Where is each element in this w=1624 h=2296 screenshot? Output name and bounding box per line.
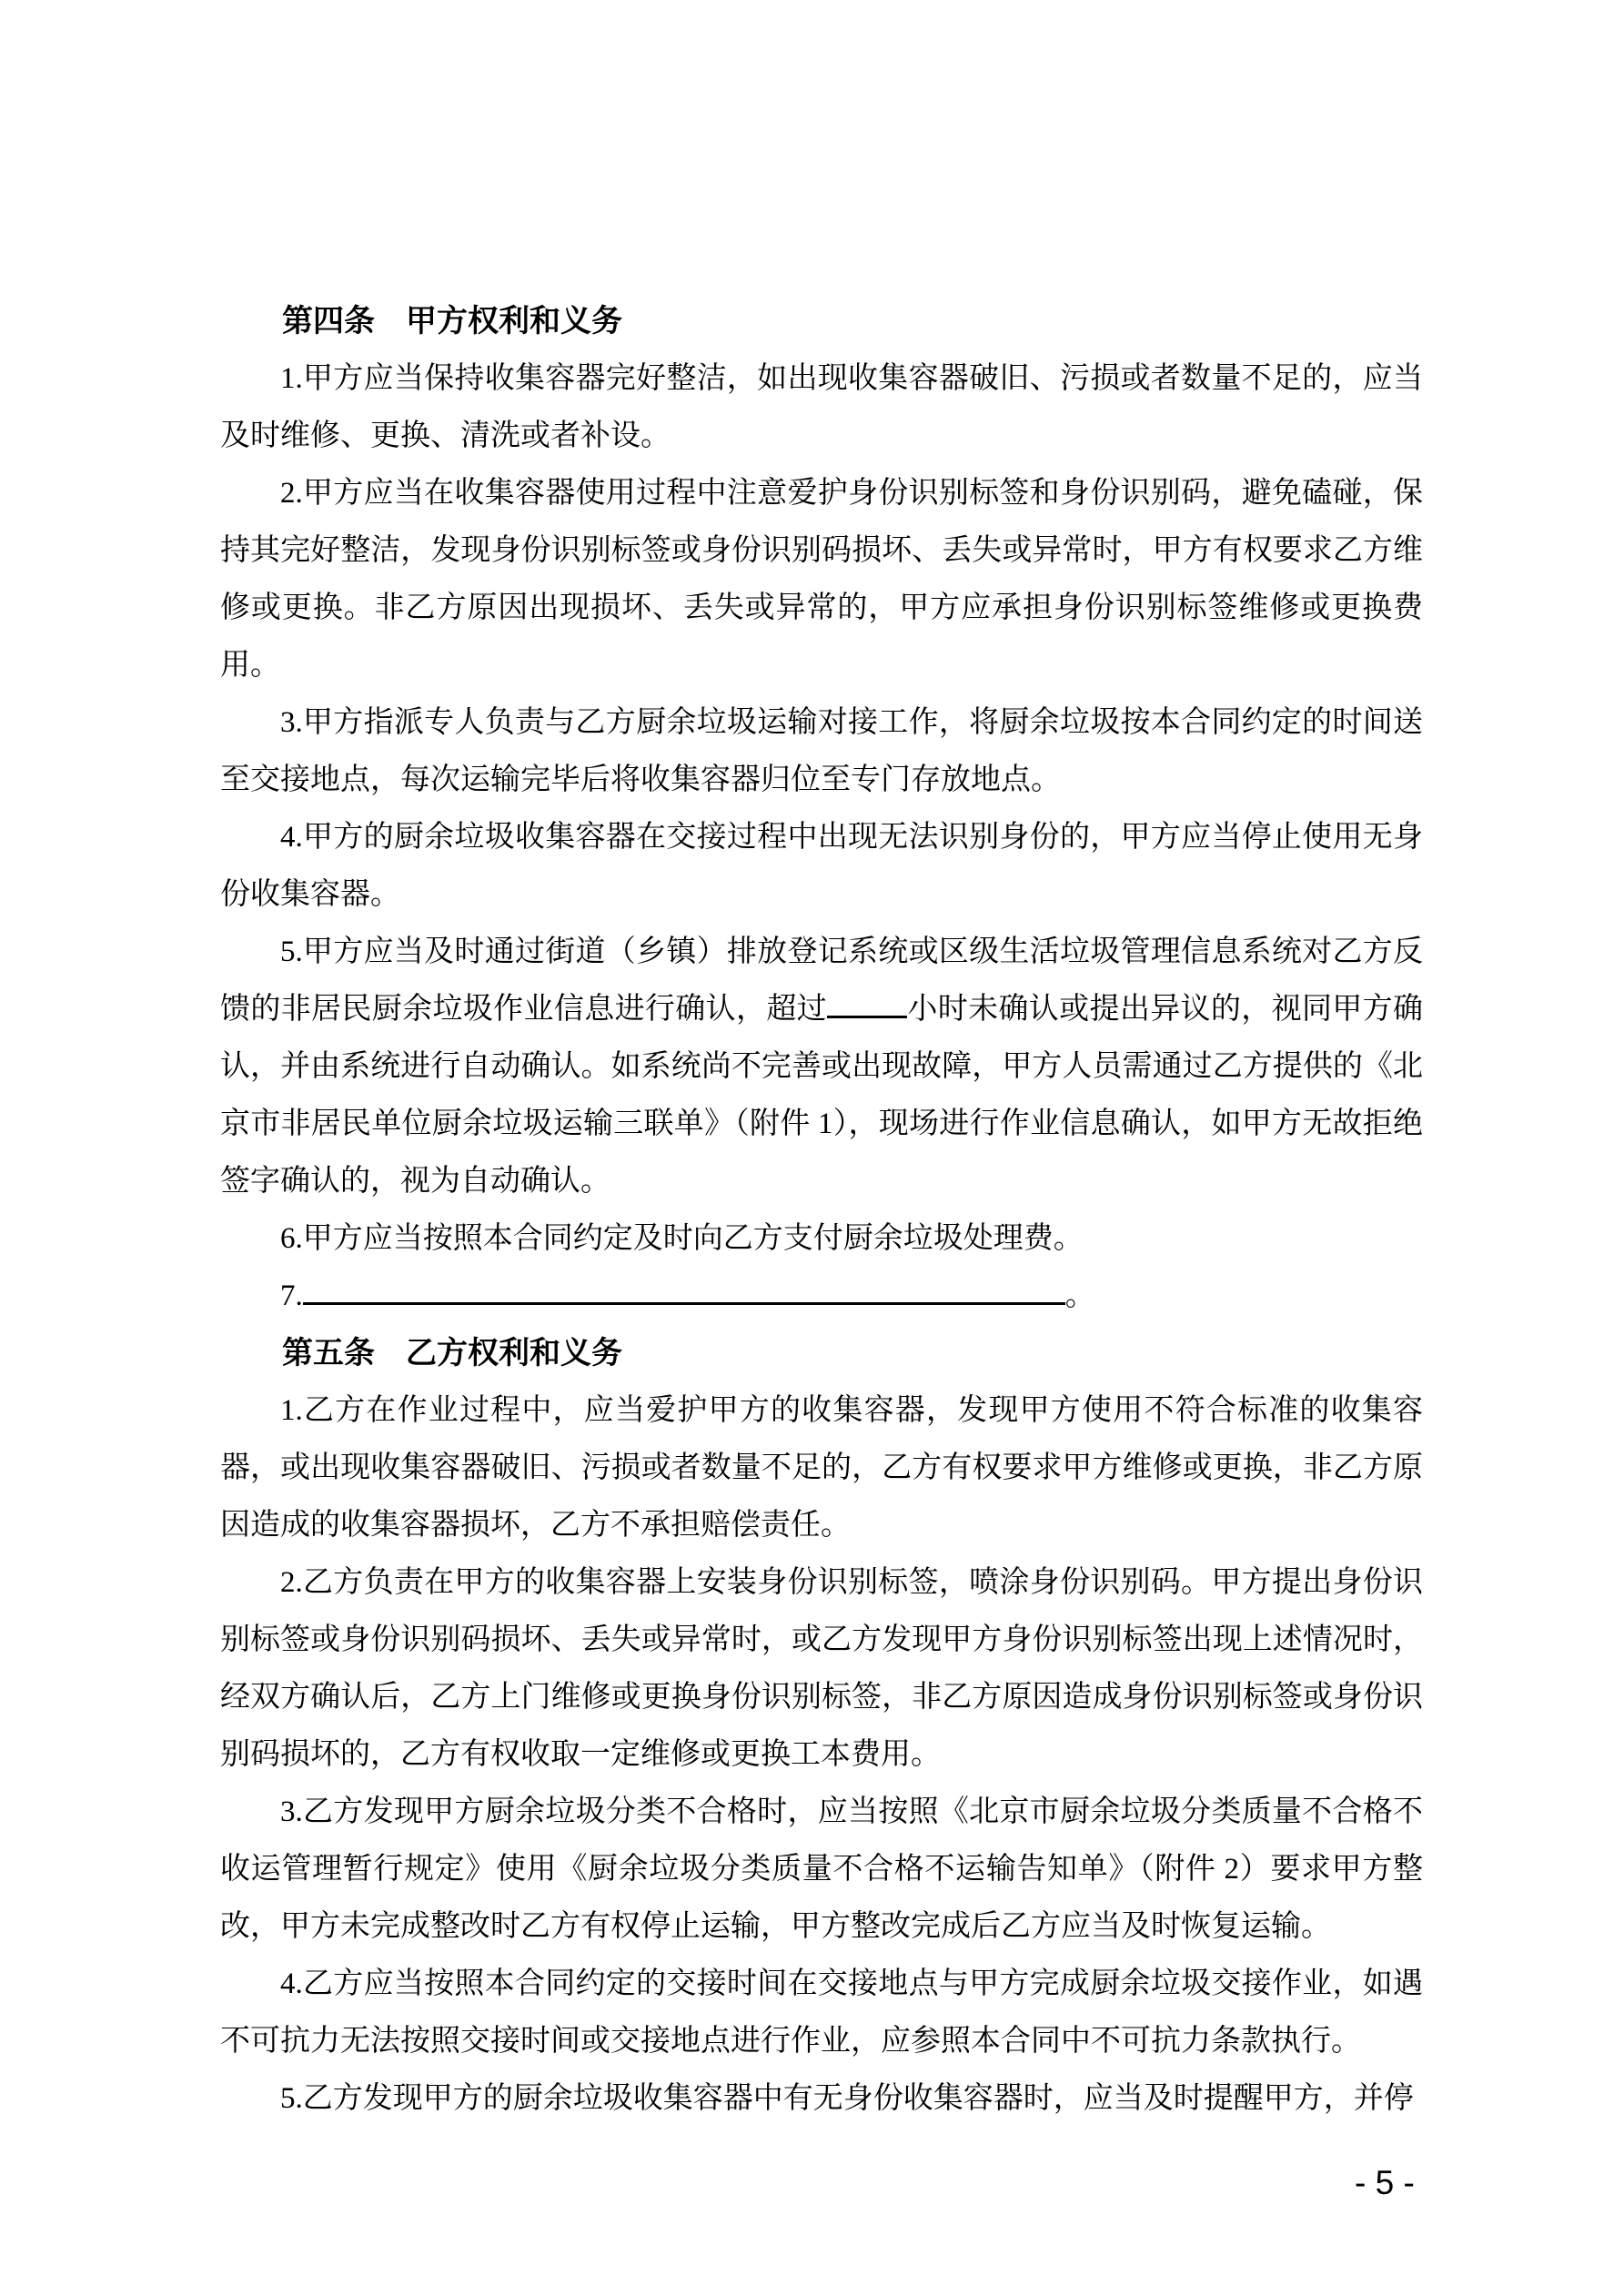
page-number: - 5 -	[1355, 2164, 1415, 2202]
article-5-item-5: 5.乙方发现甲方的厨余垃圾收集容器中有无身份收集容器时，应当及时提醒甲方，并停	[220, 2070, 1423, 2128]
fill-in-blank-hours	[827, 988, 907, 1018]
article-4-item-2: 2.甲方应当在收集容器使用过程中注意爱护身份识别标签和身份识别码，避免磕碰，保持…	[220, 465, 1423, 694]
article-4-item-7-period: 。	[1065, 1279, 1095, 1312]
article-4-item-3: 3.甲方指派专人负责与乙方厨余垃圾运输对接工作，将厨余垃圾按本合同约定的时间送至…	[220, 694, 1423, 809]
article-5-item-1: 1.乙方在作业过程中，应当爱护甲方的收集容器，发现甲方使用不符合标准的收集容器，…	[220, 1382, 1423, 1554]
article-4-item-7: 7.。	[220, 1268, 1423, 1325]
fill-in-blank-clause-7	[303, 1275, 1065, 1305]
article-4-item-4: 4.甲方的厨余垃圾收集容器在交接过程中出现无法识别身份的，甲方应当停止使用无身份…	[220, 809, 1423, 924]
article-4-item-5: 5.甲方应当及时通过街道（乡镇）排放登记系统或区级生活垃圾管理信息系统对乙方反馈…	[220, 924, 1423, 1210]
article-4-item-6: 6.甲方应当按照本合同约定及时向乙方支付厨余垃圾处理费。	[220, 1210, 1423, 1268]
article-4-heading: 第四条 甲方权利和义务	[220, 293, 1423, 350]
article-4-item-1: 1.甲方应当保持收集容器完好整洁，如出现收集容器破旧、污损或者数量不足的，应当及…	[220, 350, 1423, 465]
article-4-item-7-number: 7.	[280, 1279, 303, 1312]
document-page: 第四条 甲方权利和义务 1.甲方应当保持收集容器完好整洁，如出现收集容器破旧、污…	[0, 0, 1624, 2296]
article-5-heading: 第五条 乙方权利和义务	[220, 1325, 1423, 1382]
article-5-item-3: 3.乙方发现甲方厨余垃圾分类不合格时，应当按照《北京市厨余垃圾分类质量不合格不收…	[220, 1784, 1423, 1956]
article-5-item-4: 4.乙方应当按照本合同约定的交接时间在交接地点与甲方完成厨余垃圾交接作业，如遇不…	[220, 1956, 1423, 2070]
article-5-item-2: 2.乙方负责在甲方的收集容器上安装身份识别标签，喷涂身份识别码。甲方提出身份识别…	[220, 1554, 1423, 1784]
contract-body: 第四条 甲方权利和义务 1.甲方应当保持收集容器完好整洁，如出现收集容器破旧、污…	[220, 293, 1423, 2128]
